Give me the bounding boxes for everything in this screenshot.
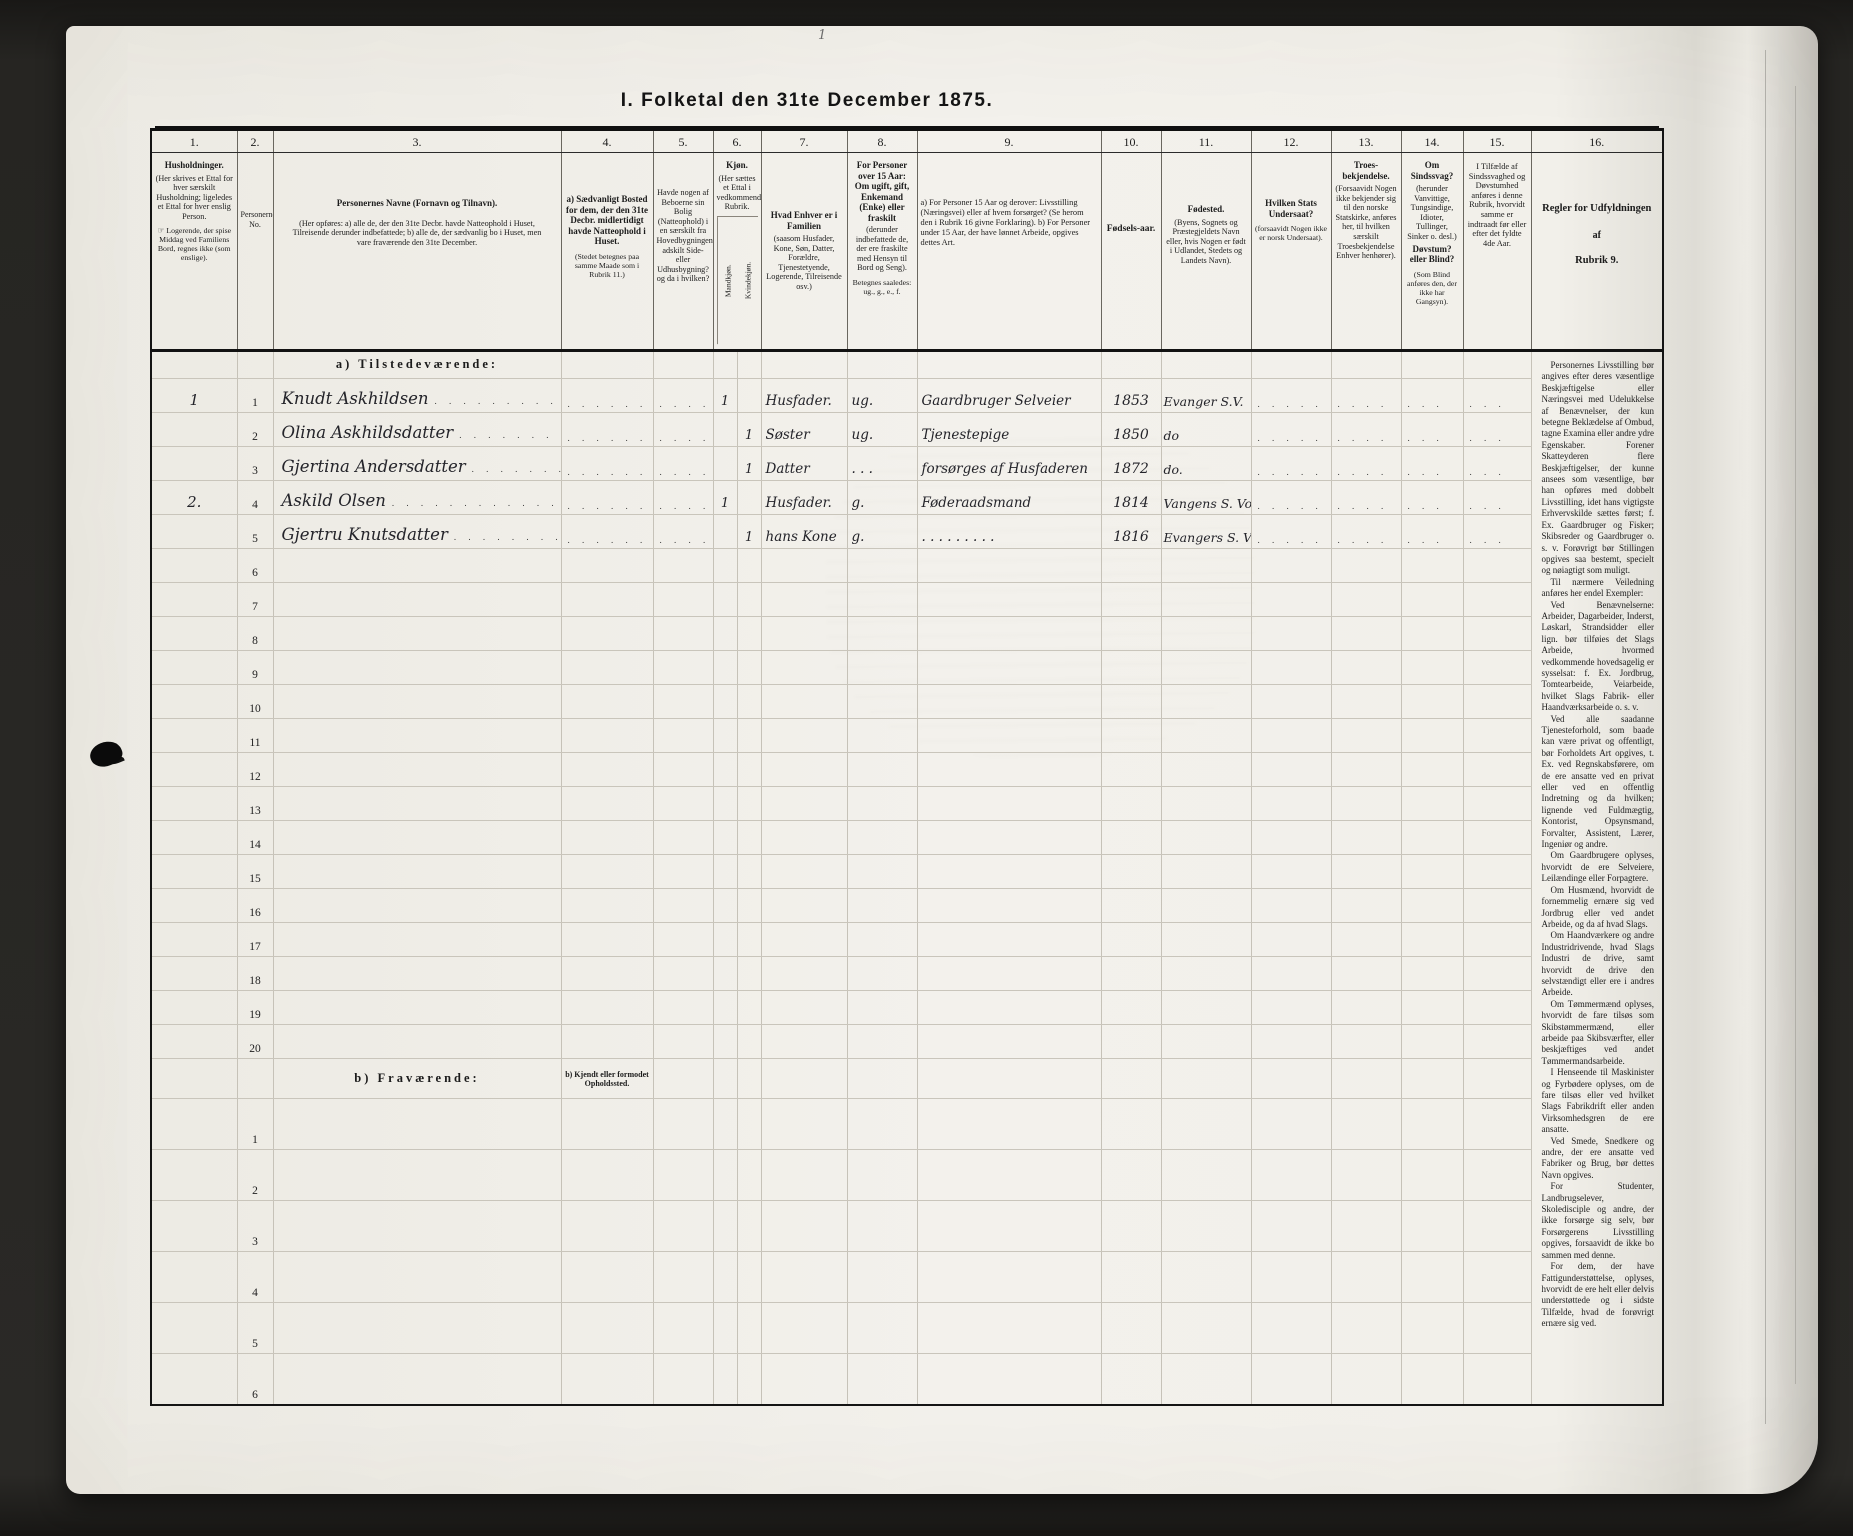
person-name: Askild Olsen bbox=[282, 491, 386, 510]
marital-status-cell bbox=[847, 820, 917, 854]
rules-text: Personernes Livsstilling bør angives eft… bbox=[1534, 352, 1661, 1404]
birth-year-cell bbox=[1101, 582, 1161, 616]
person-name: Olina Askhildsdatter bbox=[282, 423, 454, 442]
empty-cell bbox=[1331, 1354, 1401, 1405]
birth-year-cell bbox=[1101, 650, 1161, 684]
empty-cell bbox=[273, 1303, 561, 1354]
rules-paragraph: For Studenter, Landbrugselever, Skoledis… bbox=[1542, 1181, 1655, 1261]
disability-cell: . . . bbox=[1401, 480, 1463, 514]
female-cell bbox=[737, 990, 761, 1024]
occupation-cell bbox=[917, 922, 1101, 956]
citizenship-cell bbox=[1251, 650, 1331, 684]
disability-age-cell bbox=[1463, 820, 1531, 854]
header-person-no: Personernes No. bbox=[237, 153, 273, 351]
household-cell bbox=[151, 718, 237, 752]
header-birth-place: Fødested.(Byens, Sognets og Præstegjelde… bbox=[1161, 153, 1251, 351]
empty-cell bbox=[713, 1150, 737, 1201]
empty-cell bbox=[653, 1252, 713, 1303]
family-position-cell bbox=[761, 650, 847, 684]
disability-cell bbox=[1401, 820, 1463, 854]
household-cell bbox=[151, 854, 237, 888]
male-cell bbox=[713, 718, 737, 752]
female-cell bbox=[737, 548, 761, 582]
female-cell bbox=[737, 718, 761, 752]
family-position-cell bbox=[761, 888, 847, 922]
table-row: 20 bbox=[151, 1024, 1663, 1058]
occupation-cell bbox=[917, 582, 1101, 616]
table-row: 10 bbox=[151, 684, 1663, 718]
empty-cell bbox=[713, 1058, 737, 1098]
outbuilding-cell bbox=[653, 718, 713, 752]
disability-cell bbox=[1401, 956, 1463, 990]
birth-place-cell bbox=[1161, 1024, 1251, 1058]
occupation-cell: Gaardbruger Selveier bbox=[917, 378, 1101, 412]
rules-paragraph: Personernes Livsstilling bør angives eft… bbox=[1542, 360, 1655, 577]
family-position-cell bbox=[761, 684, 847, 718]
male-cell: 1 bbox=[713, 480, 737, 514]
empty-cell bbox=[737, 1201, 761, 1252]
disability-cell: . . . bbox=[1401, 514, 1463, 548]
birth-year-cell: 1872 bbox=[1101, 446, 1161, 480]
disability-age-cell bbox=[1463, 684, 1531, 718]
rules-paragraph: I Henseende til Maskinister og Fyrbødere… bbox=[1542, 1067, 1655, 1135]
usual-residence-cell: . . . . . . bbox=[561, 378, 653, 412]
birth-place-cell bbox=[1161, 650, 1251, 684]
dot-leader: . . . . . . . . . . . . . . bbox=[466, 464, 561, 474]
table-row: 3Gjertina Andersdatter. . . . . . . . . … bbox=[151, 446, 1663, 480]
citizenship-cell: . . . . . bbox=[1251, 446, 1331, 480]
occupation-cell bbox=[917, 854, 1101, 888]
page-number-mark: 1 bbox=[818, 28, 826, 43]
person-name: Gjertina Andersdatter bbox=[282, 457, 466, 476]
family-position-cell bbox=[761, 854, 847, 888]
person-no-cell: 3 bbox=[237, 1201, 273, 1252]
family-position-cell: hans Kone bbox=[761, 514, 847, 548]
disability-cell bbox=[1401, 1024, 1463, 1058]
marital-status-cell bbox=[847, 786, 917, 820]
header-marital-status: For Personer over 15 Aar: Om ugift, gift… bbox=[847, 153, 917, 351]
empty-cell bbox=[561, 1252, 653, 1303]
rules-paragraph: Om Haandværkere og andre Industridrivend… bbox=[1542, 930, 1655, 998]
column-number: 9. bbox=[917, 130, 1101, 153]
dot-leader: . . . . . . . . . . . . . . bbox=[429, 396, 561, 406]
female-cell bbox=[737, 854, 761, 888]
census-table: 1.2.3.4.5.6.7.8.9.10.11.12.13.14.15.16.H… bbox=[150, 128, 1664, 1406]
citizenship-cell: . . . . . bbox=[1251, 378, 1331, 412]
empty-cell bbox=[1161, 351, 1251, 379]
male-cell bbox=[713, 582, 737, 616]
household-cell bbox=[151, 1150, 237, 1201]
table-row: 3 bbox=[151, 1201, 1663, 1252]
empty-cell bbox=[761, 1058, 847, 1098]
marital-status-cell: g. bbox=[847, 514, 917, 548]
female-cell bbox=[737, 888, 761, 922]
rules-paragraph: Om Tømmermænd oplyses, hvorvidt de fare … bbox=[1542, 999, 1655, 1067]
occupation-cell bbox=[917, 786, 1101, 820]
table-row: 11Knudt Askhildsen. . . . . . . . . . . … bbox=[151, 378, 1663, 412]
birth-year-cell bbox=[1101, 888, 1161, 922]
family-position-cell: Søster bbox=[761, 412, 847, 446]
table-row: 13 bbox=[151, 786, 1663, 820]
creed-cell: . . . . bbox=[1331, 514, 1401, 548]
header-usual-residence: a) Sædvanligt Bosted for dem, der den 31… bbox=[561, 153, 653, 351]
occupation-cell: Føderaadsmand bbox=[917, 480, 1101, 514]
table-header: 1.2.3.4.5.6.7.8.9.10.11.12.13.14.15.16.H… bbox=[151, 130, 1663, 351]
female-cell bbox=[737, 1024, 761, 1058]
disability-cell bbox=[1401, 888, 1463, 922]
person-no-cell: 15 bbox=[237, 854, 273, 888]
marital-status-cell bbox=[847, 990, 917, 1024]
disability-cell bbox=[1401, 616, 1463, 650]
table-row: 5Gjertru Knutsdatter. . . . . . . . . . … bbox=[151, 514, 1663, 548]
outbuilding-cell: . . . . bbox=[653, 446, 713, 480]
usual-residence-cell bbox=[561, 582, 653, 616]
male-cell bbox=[713, 786, 737, 820]
table-row: 19 bbox=[151, 990, 1663, 1024]
birth-year-cell bbox=[1101, 820, 1161, 854]
rules-paragraph: Om Gaardbrugere oplyses, hvorvidt de ere… bbox=[1542, 850, 1655, 884]
outbuilding-cell: . . . . bbox=[653, 514, 713, 548]
occupation-cell: . . . . . . . . . bbox=[917, 514, 1101, 548]
male-cell bbox=[713, 650, 737, 684]
person-no-cell: 9 bbox=[237, 650, 273, 684]
usual-residence-cell bbox=[561, 854, 653, 888]
table-row: 11 bbox=[151, 718, 1663, 752]
name-cell: Gjertina Andersdatter. . . . . . . . . .… bbox=[273, 446, 561, 480]
creed-cell: . . . . bbox=[1331, 446, 1401, 480]
family-position-cell bbox=[761, 718, 847, 752]
empty-cell bbox=[561, 1201, 653, 1252]
name-cell bbox=[273, 650, 561, 684]
empty-cell bbox=[847, 1354, 917, 1405]
female-cell bbox=[737, 616, 761, 650]
family-position-cell bbox=[761, 582, 847, 616]
birth-year-cell: 1816 bbox=[1101, 514, 1161, 548]
header-outbuilding: Havde nogen af Beboerne sin Bolig (Natte… bbox=[653, 153, 713, 351]
birth-year-cell bbox=[1101, 752, 1161, 786]
outbuilding-cell bbox=[653, 990, 713, 1024]
empty-cell bbox=[1463, 1252, 1531, 1303]
column-number: 4. bbox=[561, 130, 653, 153]
name-cell: Olina Askhildsdatter. . . . . . . . . . … bbox=[273, 412, 561, 446]
name-cell bbox=[273, 718, 561, 752]
empty-cell bbox=[1161, 1150, 1251, 1201]
creed-cell bbox=[1331, 684, 1401, 718]
person-no-cell: 16 bbox=[237, 888, 273, 922]
usual-residence-cell bbox=[561, 548, 653, 582]
household-cell bbox=[151, 351, 237, 379]
marital-status-cell bbox=[847, 616, 917, 650]
creed-cell bbox=[1331, 956, 1401, 990]
household-cell bbox=[151, 752, 237, 786]
occupation-cell: Tjenestepige bbox=[917, 412, 1101, 446]
citizenship-cell bbox=[1251, 616, 1331, 650]
birth-year-cell bbox=[1101, 548, 1161, 582]
creed-cell bbox=[1331, 548, 1401, 582]
empty-cell bbox=[917, 1150, 1101, 1201]
empty-cell bbox=[1331, 1252, 1401, 1303]
creed-cell bbox=[1331, 888, 1401, 922]
person-no-cell: 4 bbox=[237, 1252, 273, 1303]
citizenship-cell bbox=[1251, 854, 1331, 888]
marital-status-cell bbox=[847, 922, 917, 956]
disability-cell bbox=[1401, 786, 1463, 820]
family-position-cell: Husfader. bbox=[761, 378, 847, 412]
person-no-cell: 19 bbox=[237, 990, 273, 1024]
disability-cell bbox=[1401, 752, 1463, 786]
marital-status-cell bbox=[847, 582, 917, 616]
person-no-cell: 4 bbox=[237, 480, 273, 514]
empty-cell bbox=[1101, 351, 1161, 379]
name-cell bbox=[273, 684, 561, 718]
empty-cell bbox=[1401, 1354, 1463, 1405]
household-cell bbox=[151, 684, 237, 718]
male-cell bbox=[713, 548, 737, 582]
birth-place-cell: do. bbox=[1161, 446, 1251, 480]
creed-cell bbox=[1331, 990, 1401, 1024]
male-cell bbox=[713, 412, 737, 446]
empty-cell bbox=[273, 1099, 561, 1150]
disability-age-cell bbox=[1463, 922, 1531, 956]
occupation-cell bbox=[917, 616, 1101, 650]
marital-status-cell bbox=[847, 718, 917, 752]
rules-paragraph: For dem, der have Fattigunderstøttelse, … bbox=[1542, 1261, 1655, 1329]
usual-residence-cell bbox=[561, 922, 653, 956]
usual-residence-cell bbox=[561, 786, 653, 820]
empty-cell bbox=[917, 1099, 1101, 1150]
table-row: 9 bbox=[151, 650, 1663, 684]
citizenship-cell bbox=[1251, 548, 1331, 582]
household-cell bbox=[151, 1252, 237, 1303]
empty-cell bbox=[847, 351, 917, 379]
empty-cell bbox=[1463, 1058, 1531, 1098]
empty-cell bbox=[1331, 1099, 1401, 1150]
birth-year-cell: 1853 bbox=[1101, 378, 1161, 412]
header-citizenship: Hvilken Stats Undersaat?(forsaavidt Noge… bbox=[1251, 153, 1331, 351]
disability-age-cell bbox=[1463, 1024, 1531, 1058]
disability-cell bbox=[1401, 582, 1463, 616]
birth-year-cell bbox=[1101, 616, 1161, 650]
person-no-cell: 5 bbox=[237, 1303, 273, 1354]
usual-residence-cell bbox=[561, 956, 653, 990]
outbuilding-cell bbox=[653, 956, 713, 990]
female-cell bbox=[737, 956, 761, 990]
usual-residence-cell: . . . . . . bbox=[561, 446, 653, 480]
empty-cell bbox=[1101, 1058, 1161, 1098]
name-cell bbox=[273, 888, 561, 922]
family-position-cell bbox=[761, 548, 847, 582]
male-cell bbox=[713, 684, 737, 718]
column-header-row: Husholdninger.(Her skrives et Ettal for … bbox=[151, 153, 1663, 351]
empty-cell bbox=[1463, 1099, 1531, 1150]
rules-paragraph: Til nærmere Veiledning anføres her endel… bbox=[1542, 577, 1655, 600]
citizenship-cell: . . . . . bbox=[1251, 412, 1331, 446]
table-row: 6 bbox=[151, 1354, 1663, 1405]
column-number: 16. bbox=[1531, 130, 1663, 153]
table-row: 16 bbox=[151, 888, 1663, 922]
empty-cell bbox=[847, 1201, 917, 1252]
table-row: 14 bbox=[151, 820, 1663, 854]
column-number: 13. bbox=[1331, 130, 1401, 153]
female-cell bbox=[737, 820, 761, 854]
empty-cell bbox=[561, 1150, 653, 1201]
empty-cell bbox=[847, 1303, 917, 1354]
usual-residence-cell bbox=[561, 752, 653, 786]
empty-cell bbox=[847, 1058, 917, 1098]
dot-leader: . . . . . . . . . . . . . . bbox=[448, 532, 561, 542]
marital-status-cell bbox=[847, 1024, 917, 1058]
birth-place-cell: Vangens S. Vos bbox=[1161, 480, 1251, 514]
creed-cell: . . . . bbox=[1331, 412, 1401, 446]
name-cell bbox=[273, 752, 561, 786]
household-cell bbox=[151, 514, 237, 548]
birth-place-cell bbox=[1161, 684, 1251, 718]
outbuilding-cell bbox=[653, 820, 713, 854]
name-cell bbox=[273, 820, 561, 854]
occupation-cell bbox=[917, 1024, 1101, 1058]
male-cell bbox=[713, 990, 737, 1024]
empty-cell bbox=[1463, 351, 1531, 379]
empty-cell bbox=[1463, 1303, 1531, 1354]
female-cell: 1 bbox=[737, 514, 761, 548]
dot-leader: . . . . . . . . . . . . . . bbox=[453, 430, 561, 440]
person-no-cell: 6 bbox=[237, 1354, 273, 1405]
empty-cell bbox=[1101, 1099, 1161, 1150]
empty-cell bbox=[713, 1201, 737, 1252]
table-row: 2.4Askild Olsen. . . . . . . . . . . . .… bbox=[151, 480, 1663, 514]
column-number-row: 1.2.3.4.5.6.7.8.9.10.11.12.13.14.15.16. bbox=[151, 130, 1663, 153]
header-family-position: Hvad Enhver er i Familien(saasom Husfade… bbox=[761, 153, 847, 351]
column-number: 10. bbox=[1101, 130, 1161, 153]
marital-status-cell bbox=[847, 650, 917, 684]
empty-cell bbox=[917, 351, 1101, 379]
disability-cell bbox=[1401, 718, 1463, 752]
empty-cell bbox=[1101, 1201, 1161, 1252]
family-position-cell bbox=[761, 922, 847, 956]
household-cell bbox=[151, 548, 237, 582]
table-row: 8 bbox=[151, 616, 1663, 650]
female-cell bbox=[737, 786, 761, 820]
empty-cell bbox=[761, 1354, 847, 1405]
empty-cell bbox=[737, 1150, 761, 1201]
family-position-cell bbox=[761, 1024, 847, 1058]
empty-cell bbox=[1463, 1150, 1531, 1201]
usual-residence-cell bbox=[561, 1024, 653, 1058]
disability-age-cell bbox=[1463, 650, 1531, 684]
empty-cell bbox=[1101, 1252, 1161, 1303]
occupation-cell bbox=[917, 718, 1101, 752]
person-no-cell: 11 bbox=[237, 718, 273, 752]
citizenship-cell bbox=[1251, 990, 1331, 1024]
person-no-cell: 18 bbox=[237, 956, 273, 990]
empty-cell bbox=[713, 1354, 737, 1405]
column-number: 11. bbox=[1161, 130, 1251, 153]
disability-age-cell bbox=[1463, 990, 1531, 1024]
empty-cell bbox=[1401, 351, 1463, 379]
census-table-wrap: 1.2.3.4.5.6.7.8.9.10.11.12.13.14.15.16.H… bbox=[150, 128, 1664, 1406]
empty-cell bbox=[653, 351, 713, 379]
household-cell bbox=[151, 616, 237, 650]
person-no-cell: 1 bbox=[237, 1099, 273, 1150]
family-position-cell bbox=[761, 616, 847, 650]
disability-cell: . . . bbox=[1401, 412, 1463, 446]
citizenship-cell bbox=[1251, 786, 1331, 820]
empty-cell bbox=[273, 1252, 561, 1303]
empty-cell bbox=[1161, 1058, 1251, 1098]
header-household: Husholdninger.(Her skrives et Ettal for … bbox=[151, 153, 237, 351]
male-cell bbox=[713, 616, 737, 650]
empty-cell bbox=[761, 1099, 847, 1150]
header-names: Personernes Navne (Fornavn og Tilnavn).(… bbox=[273, 153, 561, 351]
male-cell bbox=[713, 446, 737, 480]
outbuilding-cell bbox=[653, 752, 713, 786]
empty-cell bbox=[1401, 1058, 1463, 1098]
column-number: 7. bbox=[761, 130, 847, 153]
male-cell bbox=[713, 854, 737, 888]
outbuilding-cell bbox=[653, 1024, 713, 1058]
occupation-cell bbox=[917, 650, 1101, 684]
household-cell bbox=[151, 1058, 237, 1098]
outbuilding-cell bbox=[653, 922, 713, 956]
citizenship-cell bbox=[1251, 820, 1331, 854]
family-position-cell: Datter bbox=[761, 446, 847, 480]
occupation-cell bbox=[917, 956, 1101, 990]
birth-year-cell bbox=[1101, 922, 1161, 956]
section-a-label: a) Tilstedeværende: bbox=[273, 351, 561, 379]
birth-year-cell bbox=[1101, 956, 1161, 990]
empty-cell bbox=[1331, 1201, 1401, 1252]
birth-place-cell bbox=[1161, 820, 1251, 854]
rules-paragraph: Ved Smede, Snedkere og andre, der ere an… bbox=[1542, 1136, 1655, 1182]
birth-place-cell bbox=[1161, 786, 1251, 820]
empty-cell bbox=[737, 1058, 761, 1098]
empty-cell bbox=[1251, 1303, 1331, 1354]
empty-cell bbox=[1463, 1201, 1531, 1252]
female-cell bbox=[737, 650, 761, 684]
disability-age-cell bbox=[1463, 786, 1531, 820]
birth-place-cell bbox=[1161, 616, 1251, 650]
column-number: 8. bbox=[847, 130, 917, 153]
table-row: 7 bbox=[151, 582, 1663, 616]
disability-age-cell: . . . bbox=[1463, 446, 1531, 480]
empty-cell bbox=[1251, 1058, 1331, 1098]
birth-year-cell bbox=[1101, 854, 1161, 888]
outbuilding-cell bbox=[653, 548, 713, 582]
person-no-cell: 1 bbox=[237, 378, 273, 412]
column-number: 3. bbox=[273, 130, 561, 153]
citizenship-cell bbox=[1251, 922, 1331, 956]
column-number: 6. bbox=[713, 130, 761, 153]
person-no-cell: 2 bbox=[237, 1150, 273, 1201]
dot-leader: . . . . . . . . . . . . . . bbox=[386, 498, 561, 508]
disability-cell bbox=[1401, 922, 1463, 956]
empty-cell bbox=[1401, 1099, 1463, 1150]
marital-status-cell: ug. bbox=[847, 412, 917, 446]
outbuilding-cell bbox=[653, 854, 713, 888]
header-birth-year: Fødsels-aar. bbox=[1101, 153, 1161, 351]
name-cell: Gjertru Knutsdatter. . . . . . . . . . .… bbox=[273, 514, 561, 548]
citizenship-cell: . . . . . bbox=[1251, 514, 1331, 548]
birth-year-cell bbox=[1101, 786, 1161, 820]
section-b-label: b) Fraværende: bbox=[273, 1058, 561, 1098]
family-position-cell bbox=[761, 990, 847, 1024]
birth-year-cell: 1850 bbox=[1101, 412, 1161, 446]
disability-age-cell bbox=[1463, 548, 1531, 582]
empty-cell bbox=[653, 1099, 713, 1150]
rules-paragraph: Ved alle saadanne Tjenesteforhold, som b… bbox=[1542, 714, 1655, 851]
household-cell bbox=[151, 412, 237, 446]
marital-status-cell bbox=[847, 888, 917, 922]
